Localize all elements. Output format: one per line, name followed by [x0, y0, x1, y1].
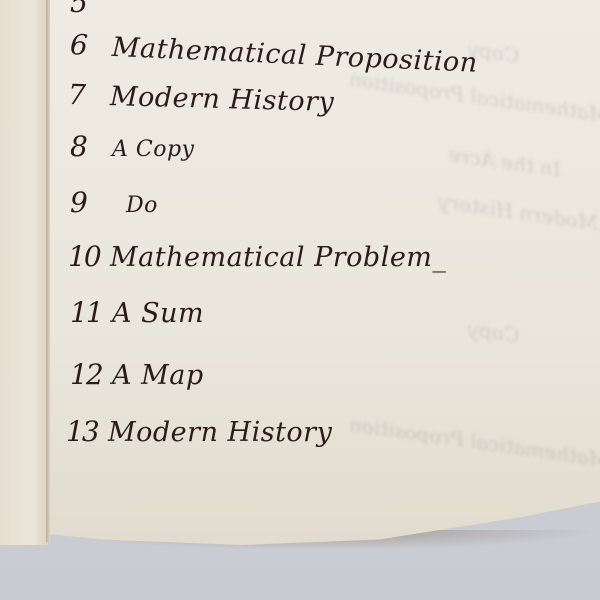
entry-number: 6	[69, 28, 112, 63]
entry-text: Modern History	[108, 417, 332, 448]
list-item: 10 Mathematical Problem_	[68, 240, 446, 273]
bleed-through-text: Copy	[467, 317, 521, 348]
list-item: 12 A Map	[70, 358, 204, 391]
entry-number: 7	[68, 78, 111, 112]
entry-number: 13	[66, 415, 108, 448]
entry-number: 8	[70, 130, 112, 163]
entry-number: 9	[70, 186, 112, 219]
entry-number: 10	[68, 240, 110, 273]
entry-text: Mathematical Proposition	[111, 32, 478, 79]
entry-text: A Sum	[112, 298, 204, 329]
bleed-through-text: Mathematical Proposition	[348, 412, 600, 472]
entry-text: Do	[112, 193, 158, 218]
entry-number: 5	[70, 0, 112, 19]
entry-number: 11	[70, 296, 112, 329]
entry-text: Modern History	[110, 81, 335, 118]
list-item: 11 A Sum	[70, 296, 204, 329]
list-item: 6 Mathematical Proposition	[69, 28, 478, 79]
list-item: 9 Do	[70, 186, 158, 219]
entry-number: 12	[70, 358, 112, 391]
bleed-through-text: Modern History	[437, 189, 600, 235]
list-item: 8 A Copy	[70, 130, 194, 163]
entry-text: A Map	[112, 360, 204, 391]
list-item: 7 Modern History	[68, 78, 335, 118]
right-page: Copy Mathematical Proposition In the Acr…	[48, 0, 600, 545]
entry-text: Mathematical Problem_	[110, 242, 446, 273]
bleed-through-text: In the Acre	[447, 142, 563, 182]
book-gutter	[46, 0, 50, 542]
list-item: 5	[70, 0, 112, 19]
left-page	[0, 0, 48, 545]
entry-text: A Copy	[112, 137, 194, 162]
list-item: 13 Modern History	[66, 415, 332, 448]
